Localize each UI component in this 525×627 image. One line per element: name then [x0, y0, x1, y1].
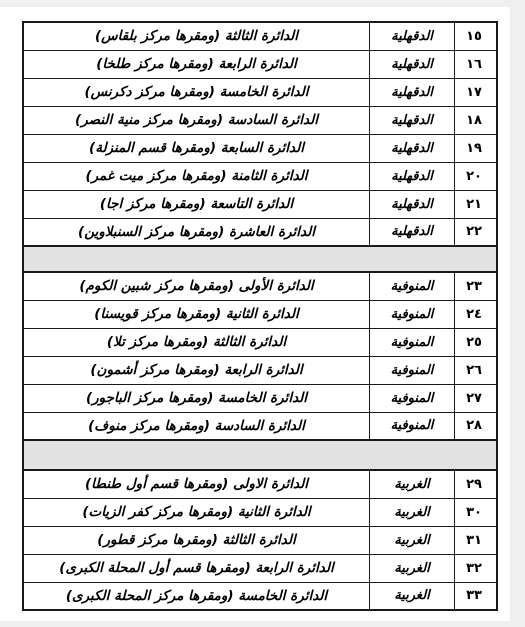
district-cell: الدائرة الثانية (ومقرها مركز كفر الزيات) — [23, 498, 370, 526]
table-row: ١٨ الدقهلية الدائرة السادسة (ومقرها مركز… — [23, 106, 497, 134]
governorate-cell: الغربية — [370, 498, 455, 526]
table-row: ٢٥ المنوفية الدائرة الثالثة (ومقرها مركز… — [23, 328, 497, 356]
group-separator-band — [23, 246, 497, 272]
district-cell: الدائرة الرابعة (ومقرها قسم أول المحلة ا… — [23, 554, 370, 582]
document-page: ١٥ الدقهلية الدائرة الثالثة (ومقرها مركز… — [0, 7, 510, 621]
row-number-cell: ٣٣ — [455, 582, 498, 610]
row-number-cell: ١٥ — [455, 22, 498, 50]
row-number-cell: ٢٣ — [455, 272, 498, 300]
district-cell: الدائرة السابعة (ومقرها قسم المنزلة) — [23, 134, 370, 162]
table-row: ٢٣ المنوفية الدائرة الأولى (ومقرها مركز … — [23, 272, 497, 300]
row-number-cell: ١٩ — [455, 134, 498, 162]
row-number-cell: ٢٢ — [455, 218, 498, 246]
governorate-cell: الغربية — [370, 554, 455, 582]
row-number-cell: ٢٠ — [455, 162, 498, 190]
row-number-cell: ٢٧ — [455, 384, 498, 412]
district-cell: الدائرة الاولى (ومقرها قسم أول طنطا) — [23, 470, 370, 498]
governorate-cell: المنوفية — [370, 356, 455, 384]
scanned-document-page: { "document": { "language": "ar", "direc… — [0, 0, 525, 627]
row-number-cell: ٢٩ — [455, 470, 498, 498]
table-row: ٢٧ المنوفية الدائرة الخامسة (ومقرها مركز… — [23, 384, 497, 412]
table-row: ٣٢ الغربية الدائرة الرابعة (ومقرها قسم أ… — [23, 554, 497, 582]
table-row: ١٦ الدقهلية الدائرة الرابعة (ومقرها مركز… — [23, 50, 497, 78]
district-cell: الدائرة الثالثة (ومقرها مركز تلا) — [23, 328, 370, 356]
governorate-cell: المنوفية — [370, 328, 455, 356]
table-row: ٢١ الدقهلية الدائرة التاسعة (ومقرها مركز… — [23, 190, 497, 218]
table-row: ٣٠ الغربية الدائرة الثانية (ومقرها مركز … — [23, 498, 497, 526]
governorate-cell: الدقهلية — [370, 190, 455, 218]
governorate-cell: الدقهلية — [370, 162, 455, 190]
table-row: ٢٠ الدقهلية الدائرة الثامنة (ومقرها مركز… — [23, 162, 497, 190]
table-row: ٣٣ الغربية الدائرة الخامسة (ومقرها مركز … — [23, 582, 497, 610]
district-cell: الدائرة الثانية (ومقرها مركز قويسنا) — [23, 300, 370, 328]
row-number-cell: ٢٥ — [455, 328, 498, 356]
governorate-cell: الدقهلية — [370, 22, 455, 50]
row-number-cell: ١٦ — [455, 50, 498, 78]
table-row: ١٩ الدقهلية الدائرة السابعة (ومقرها قسم … — [23, 134, 497, 162]
table-row: ٢٨ المنوفية الدائرة السادسة (ومقرها مركز… — [23, 412, 497, 440]
row-number-cell: ٢٨ — [455, 412, 498, 440]
district-cell: الدائرة الثالثة (ومقرها مركز قطور) — [23, 526, 370, 554]
governorate-cell: المنوفية — [370, 300, 455, 328]
table-row: ٣١ الغربية الدائرة الثالثة (ومقرها مركز … — [23, 526, 497, 554]
governorate-cell: المنوفية — [370, 272, 455, 300]
row-number-cell: ١٧ — [455, 78, 498, 106]
row-number-cell: ١٨ — [455, 106, 498, 134]
group-separator-row — [23, 440, 497, 470]
table-row: ٢٩ الغربية الدائرة الاولى (ومقرها قسم أو… — [23, 470, 497, 498]
district-cell: الدائرة الخامسة (ومقرها مركز الباجور) — [23, 384, 370, 412]
governorate-cell: الغربية — [370, 526, 455, 554]
governorate-cell: المنوفية — [370, 384, 455, 412]
governorate-cell: الدقهلية — [370, 106, 455, 134]
district-cell: الدائرة العاشرة (ومقرها مركز السنبلاوين) — [23, 218, 370, 246]
table-row: ٢٦ المنوفية الدائرة الرابعة (ومقرها مركز… — [23, 356, 497, 384]
district-cell: الدائرة الخامسة (ومقرها مركز المحلة الكب… — [23, 582, 370, 610]
district-cell: الدائرة الرابعة (ومقرها مركز أشمون) — [23, 356, 370, 384]
row-number-cell: ٢٤ — [455, 300, 498, 328]
row-number-cell: ٣١ — [455, 526, 498, 554]
row-number-cell: ٣٢ — [455, 554, 498, 582]
group-separator-band — [23, 440, 497, 470]
governorate-cell: الغربية — [370, 470, 455, 498]
district-cell: الدائرة الأولى (ومقرها مركز شبين الكوم) — [23, 272, 370, 300]
district-cell: الدائرة الثامنة (ومقرها مركز ميت غمر) — [23, 162, 370, 190]
table-row: ١٥ الدقهلية الدائرة الثالثة (ومقرها مركز… — [23, 22, 497, 50]
district-cell: الدائرة الخامسة (ومقرها مركز دكرنس) — [23, 78, 370, 106]
governorate-cell: الدقهلية — [370, 134, 455, 162]
row-number-cell: ٣٠ — [455, 498, 498, 526]
governorate-cell: الدقهلية — [370, 218, 455, 246]
district-cell: الدائرة السادسة (ومقرها مركز منوف) — [23, 412, 370, 440]
table-row: ١٧ الدقهلية الدائرة الخامسة (ومقرها مركز… — [23, 78, 497, 106]
district-cell: الدائرة الثالثة (ومقرها مركز بلقاس) — [23, 22, 370, 50]
row-number-cell: ٢٦ — [455, 356, 498, 384]
district-table: ١٥ الدقهلية الدائرة الثالثة (ومقرها مركز… — [22, 21, 498, 611]
table-row: ٢٤ المنوفية الدائرة الثانية (ومقرها مركز… — [23, 300, 497, 328]
governorate-cell: الدقهلية — [370, 78, 455, 106]
table-row: ٢٢ الدقهلية الدائرة العاشرة (ومقرها مركز… — [23, 218, 497, 246]
district-cell: الدائرة الرابعة (ومقرها مركز طلخا) — [23, 50, 370, 78]
row-number-cell: ٢١ — [455, 190, 498, 218]
district-cell: الدائرة التاسعة (ومقرها مركز اجا) — [23, 190, 370, 218]
governorate-cell: المنوفية — [370, 412, 455, 440]
district-cell: الدائرة السادسة (ومقرها مركز منية النصر) — [23, 106, 370, 134]
group-separator-row — [23, 246, 497, 272]
governorate-cell: الغربية — [370, 582, 455, 610]
governorate-cell: الدقهلية — [370, 50, 455, 78]
